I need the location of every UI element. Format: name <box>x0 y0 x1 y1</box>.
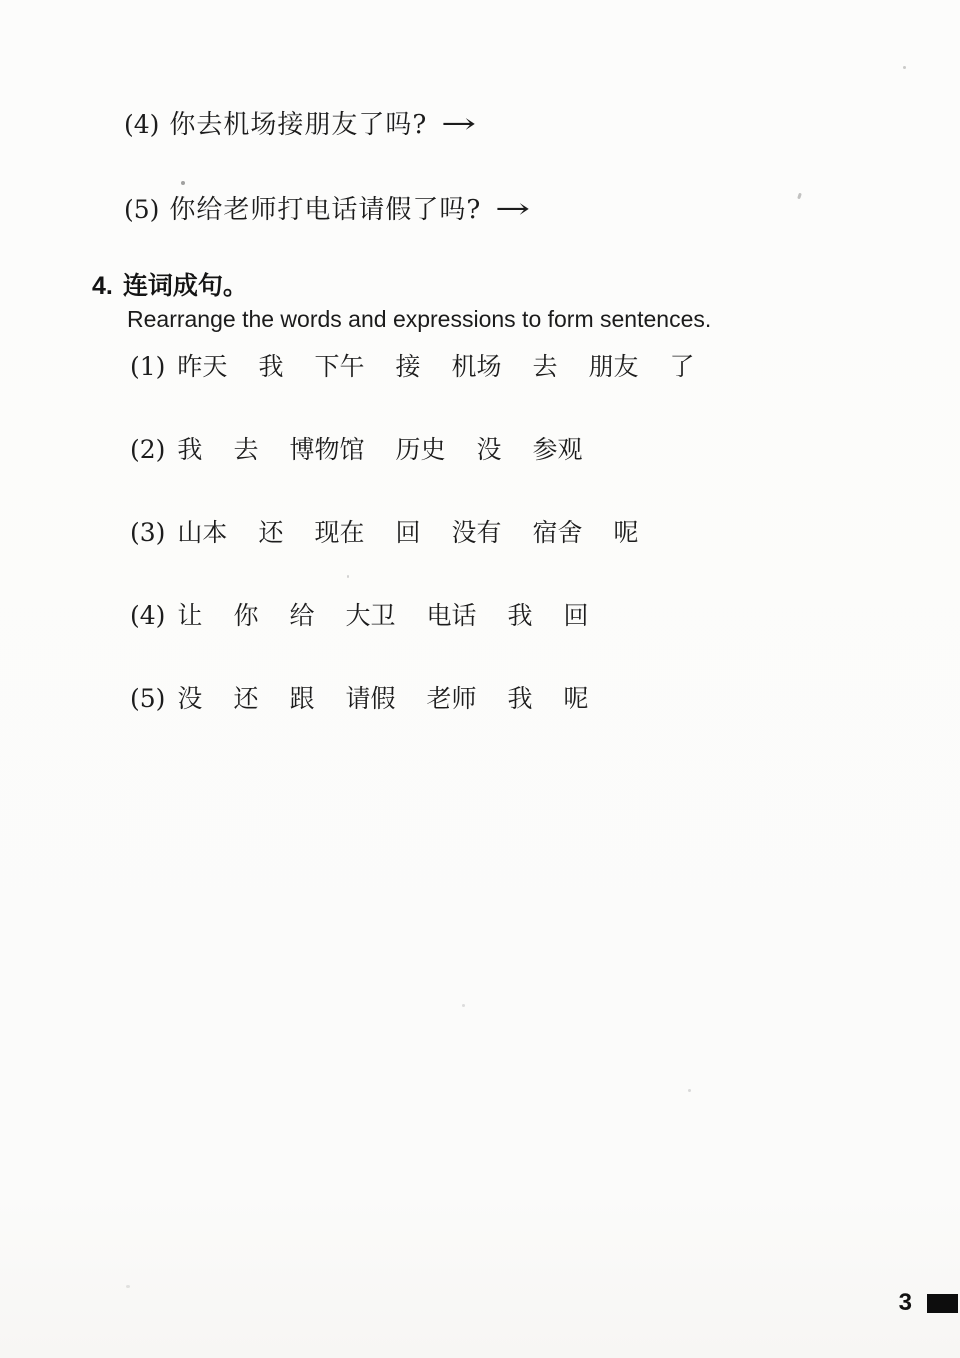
word-token: 电话 <box>426 596 476 632</box>
word-token: 现在 <box>314 513 364 549</box>
word-token: 昨天 <box>177 347 227 383</box>
word-token: 回 <box>564 596 589 632</box>
item-words: 让你给大卫电话我回 <box>177 596 588 632</box>
word-token: 朋友 <box>589 347 639 383</box>
scan-artifact <box>126 1285 130 1288</box>
word-token: 去 <box>233 430 258 466</box>
section-number: 4. <box>92 272 113 300</box>
item-words: 山本还现在回没有宿舍呢 <box>177 513 638 549</box>
item-number: (3) <box>130 518 165 547</box>
word-token: 机场 <box>451 347 501 383</box>
question-line-4: (4)你去机场接朋友了吗?→ <box>124 104 465 141</box>
scan-artifact <box>903 66 906 69</box>
word-token: 还 <box>233 679 258 715</box>
word-token: 我 <box>258 347 283 383</box>
exercise-item: (5) 没还跟请假老师我呢 <box>130 679 695 715</box>
word-token: 参观 <box>533 430 583 466</box>
scan-artifact <box>462 1004 465 1007</box>
item-words: 昨天我下午接机场去朋友了 <box>177 347 694 383</box>
word-token: 接 <box>395 347 420 383</box>
word-token: 回 <box>395 513 420 549</box>
word-token: 我 <box>508 679 533 715</box>
right-arrow-icon: → <box>441 107 476 140</box>
item-number: (2) <box>130 435 165 464</box>
item-number: (1) <box>130 352 165 381</box>
word-token: 博物馆 <box>289 430 364 466</box>
question-line-5: (5)你给老师打电话请假了吗?→ <box>124 189 519 226</box>
scan-artifact <box>688 1089 691 1092</box>
page-number: 3 <box>899 1289 912 1317</box>
exercise-item: (1) 昨天我下午接机场去朋友了 <box>130 347 695 383</box>
word-token: 宿舍 <box>533 513 583 549</box>
question-number: (5) <box>124 195 159 224</box>
question-text: 你去机场接朋友了吗? <box>169 110 427 140</box>
word-token: 呢 <box>564 679 589 715</box>
scan-artifact <box>181 181 185 185</box>
exercise-item: (3) 山本还现在回没有宿舍呢 <box>130 513 695 549</box>
word-token: 下午 <box>314 347 364 383</box>
word-token: 没 <box>476 430 501 466</box>
item-number: (5) <box>130 684 165 713</box>
page-footer: 3 <box>899 1289 958 1317</box>
word-token: 山本 <box>177 513 227 549</box>
exercise-item: (2) 我去博物馆历史没参观 <box>130 430 695 466</box>
item-words: 没还跟请假老师我呢 <box>177 679 588 715</box>
word-token: 历史 <box>395 430 445 466</box>
exercise-list: (1) 昨天我下午接机场去朋友了 (2) 我去博物馆历史没参观 (3) 山本还现… <box>130 347 695 762</box>
right-arrow-icon: → <box>495 192 530 225</box>
scan-artifact <box>797 193 802 200</box>
word-token: 没有 <box>451 513 501 549</box>
word-token: 去 <box>533 347 558 383</box>
word-token: 跟 <box>289 679 314 715</box>
item-words: 我去博物馆历史没参观 <box>177 430 582 466</box>
section-title: 连词成句。 <box>123 272 248 300</box>
workbook-page: (4)你去机场接朋友了吗?→ (5)你给老师打电话请假了吗?→ 4.连词成句。 … <box>0 0 960 1358</box>
scan-artifact <box>347 575 349 578</box>
word-token: 大卫 <box>345 596 395 632</box>
section-instruction: Rearrange the words and expressions to f… <box>127 306 711 333</box>
word-token: 给 <box>289 596 314 632</box>
word-token: 我 <box>508 596 533 632</box>
word-token: 老师 <box>426 679 476 715</box>
word-token: 还 <box>258 513 283 549</box>
question-text: 你给老师打电话请假了吗? <box>169 195 481 225</box>
word-token: 了 <box>670 347 695 383</box>
word-token: 你 <box>233 596 258 632</box>
exercise-item: (4) 让你给大卫电话我回 <box>130 596 695 632</box>
word-token: 请假 <box>345 679 395 715</box>
footer-black-marker <box>927 1294 958 1313</box>
word-token: 让 <box>177 596 202 632</box>
item-number: (4) <box>130 601 165 630</box>
word-token: 我 <box>177 430 202 466</box>
word-token: 呢 <box>614 513 639 549</box>
word-token: 没 <box>177 679 202 715</box>
question-number: (4) <box>124 110 159 139</box>
section-header: 4.连词成句。 <box>92 266 248 302</box>
